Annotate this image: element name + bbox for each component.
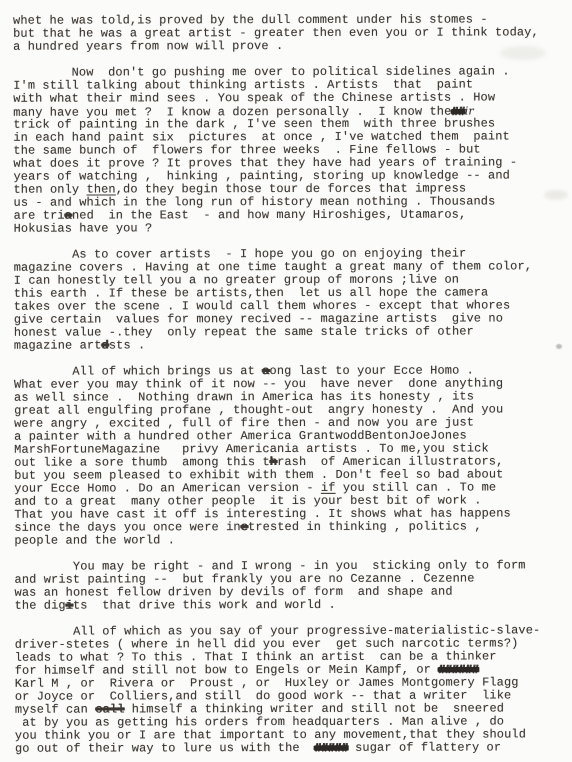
paragraph: All of which as you say of your progress… [15,624,567,755]
paragraph: You may be right - and I wrong - in you … [14,559,566,612]
censored-text: ##### [314,741,348,755]
text-segment: trested in thinking , politics , [248,519,482,534]
text-line: people and the world . [14,533,566,547]
text-line: go out of their way to lure us with the … [15,741,567,755]
paragraph: As to cover artists - I hope you go on e… [14,247,566,352]
overstruck-char: a [262,364,269,378]
overstruck-char: d [102,338,109,352]
text-segment: are tri [14,209,65,223]
censored-text: ###### [438,663,478,677]
underlined-text: then [86,182,115,196]
text-line: a hundred years from now will prove . [13,39,565,53]
typewritten-letter-page: whet he was told,is proved by the dull c… [0,0,572,762]
text-line: the digits that drive this work and worl… [15,598,567,612]
overstruck-char: e [241,520,248,534]
text-line: Hokusias have you ? [14,221,566,235]
text-segment: go out of their way to lure us with the [15,741,314,756]
paragraph: All of which brings us at aong last to y… [14,364,566,547]
text-line: magazine artdsts . [14,338,566,352]
overstruck-char: h [270,455,277,469]
text-segment: ts that drive this work and world . [73,598,336,613]
struck-out-text: call [95,702,124,716]
paragraph: whet he was told,is proved by the dull c… [13,13,565,53]
text-segment: ned in the East - and how many Hiroshige… [72,208,466,223]
text-segment: sugar of flattery or [348,740,501,754]
paragraph: Now don't go pushing me over to politica… [13,65,565,235]
letter-body: whet he was told,is proved by the dull c… [13,13,567,755]
text-segment: magazine art [14,338,102,352]
text-segment: the dig [15,599,66,613]
text-segment: sts . [109,338,146,352]
underlined-text: if [321,481,336,495]
text-line: with what their mind sees . You speak of… [13,91,565,105]
